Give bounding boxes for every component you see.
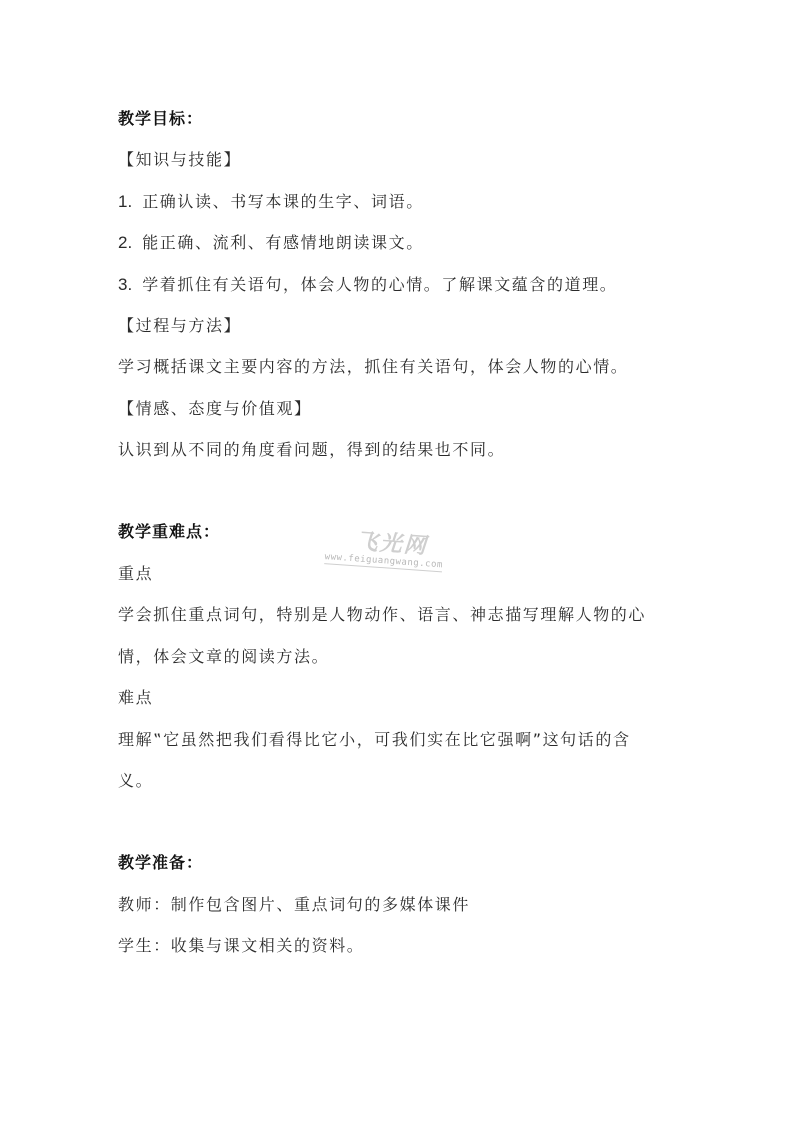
focus-text-line-2: 情，体会文章的阅读方法。 bbox=[118, 647, 329, 667]
item-number: 3. bbox=[118, 275, 132, 294]
teacher-preparation: 教师：制作包含图片、重点词句的多媒体课件 bbox=[118, 895, 470, 915]
student-preparation: 学生：收集与课文相关的资料。 bbox=[118, 936, 364, 956]
focus-label: 重点 bbox=[118, 564, 153, 584]
objective-item-2: 2.能正确、流利、有感情地朗读课文。 bbox=[118, 233, 424, 253]
emotion-values-label: 【情感、态度与价值观】 bbox=[118, 399, 312, 419]
objectives-heading: 教学目标： bbox=[118, 109, 203, 129]
item-number: 2. bbox=[118, 233, 132, 252]
item-number: 1. bbox=[118, 192, 132, 211]
objective-item-1: 1.正确认读、书写本课的生字、词语。 bbox=[118, 192, 424, 212]
focus-text-line-1: 学会抓住重点词句，特别是人物动作、语言、神志描写理解人物的心 bbox=[118, 605, 646, 625]
key-points-heading: 教学重难点： bbox=[118, 522, 220, 542]
item-text: 能正确、流利、有感情地朗读课文。 bbox=[142, 233, 424, 252]
difficulty-text-line-1: 理解‟它虽然把我们看得比它小，可我们实在比它强啊”这句话的含 bbox=[118, 730, 631, 750]
item-text: 学着抓住有关语句，体会人物的心情。了解课文蕴含的道理。 bbox=[142, 275, 617, 294]
knowledge-skills-label: 【知识与技能】 bbox=[118, 150, 241, 170]
difficulty-text-line-2: 义。 bbox=[118, 771, 153, 791]
difficulty-label: 难点 bbox=[118, 688, 153, 708]
preparation-heading: 教学准备： bbox=[118, 853, 203, 873]
process-method-label: 【过程与方法】 bbox=[118, 316, 241, 336]
watermark: 飞光网 www.feiguangwang.com bbox=[323, 522, 467, 588]
item-text: 正确认读、书写本课的生字、词语。 bbox=[142, 192, 424, 211]
emotion-values-text: 认识到从不同的角度看问题，得到的结果也不同。 bbox=[118, 440, 505, 460]
objective-item-3: 3.学着抓住有关语句，体会人物的心情。了解课文蕴含的道理。 bbox=[118, 275, 617, 295]
process-method-text: 学习概括课文主要内容的方法，抓住有关语句，体会人物的心情。 bbox=[118, 357, 628, 377]
